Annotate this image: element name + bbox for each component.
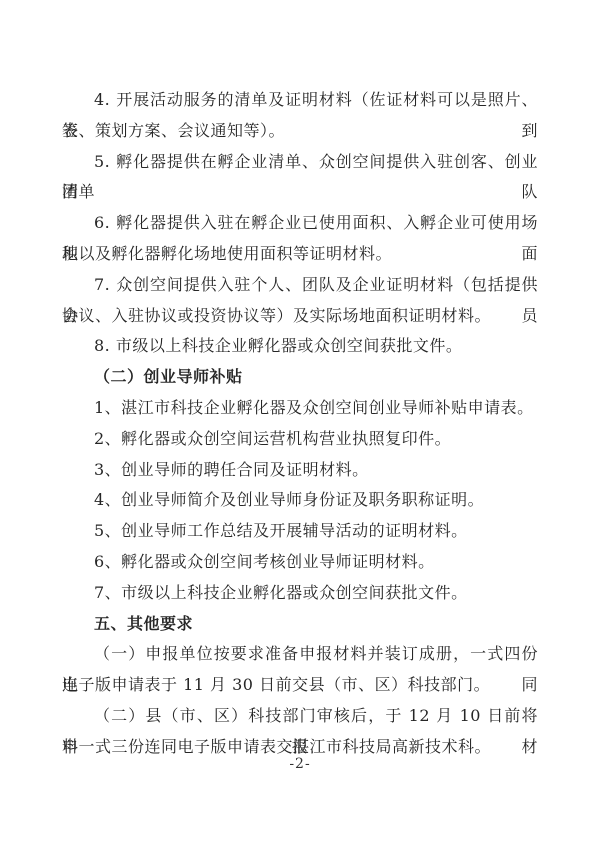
list-item: 5、创业导师工作总结及开展辅导活动的证明材料。 (62, 516, 538, 547)
text-line: 协议、入驻协议或投资协议等）及实际场地面积证明材料。 (62, 301, 538, 332)
document-body: 4. 开展活动服务的清单及证明材料（佐证材料可以是照片、签到 表、策划方案、会议… (62, 85, 538, 763)
text-line: 8. 市级以上科技企业孵化器或众创空间获批文件。 (62, 331, 538, 362)
list-item: 4、创业导师简介及创业导师身份证及职务职称证明。 (62, 485, 538, 516)
list-item: 2、孵化器或众创空间运营机构营业执照复印件。 (62, 424, 538, 455)
text-line: 4. 开展活动服务的清单及证明材料（佐证材料可以是照片、签到 (62, 85, 538, 116)
section-heading-2: （二）创业导师补贴 (62, 362, 538, 393)
text-line: 6. 孵化器提供入驻在孵企业已使用面积、入孵企业可使用场地面 (62, 208, 538, 239)
document-page: 4. 开展活动服务的清单及证明材料（佐证材料可以是照片、签到 表、策划方案、会议… (0, 0, 600, 848)
list-item: 6、孵化器或众创空间考核创业导师证明材料。 (62, 547, 538, 578)
text-line: 7. 众创空间提供入驻个人、团队及企业证明材料（包括提供会员 (62, 270, 538, 301)
section-heading-5: 五、其他要求 (62, 609, 538, 640)
text-line: 5. 孵化器提供在孵企业清单、众创空间提供入驻创客、创业团队 (62, 147, 538, 178)
list-item: 1、湛江市科技企业孵化器及众创空间创业导师补贴申请表。 (62, 393, 538, 424)
text-line: （二）县（市、区）科技部门审核后，于 12 月 10 日前将申报材 (62, 701, 538, 732)
list-item: 7、市级以上科技企业孵化器或众创空间获批文件。 (62, 578, 538, 609)
page-number: -2- (0, 756, 600, 772)
text-line: 电子版申请表于 11 月 30 日前交县（市、区）科技部门。 (62, 670, 538, 701)
text-line: （一）申报单位按要求准备申报材料并装订成册，一式四份连同 (62, 639, 538, 670)
list-item: 3、创业导师的聘任合同及证明材料。 (62, 455, 538, 486)
